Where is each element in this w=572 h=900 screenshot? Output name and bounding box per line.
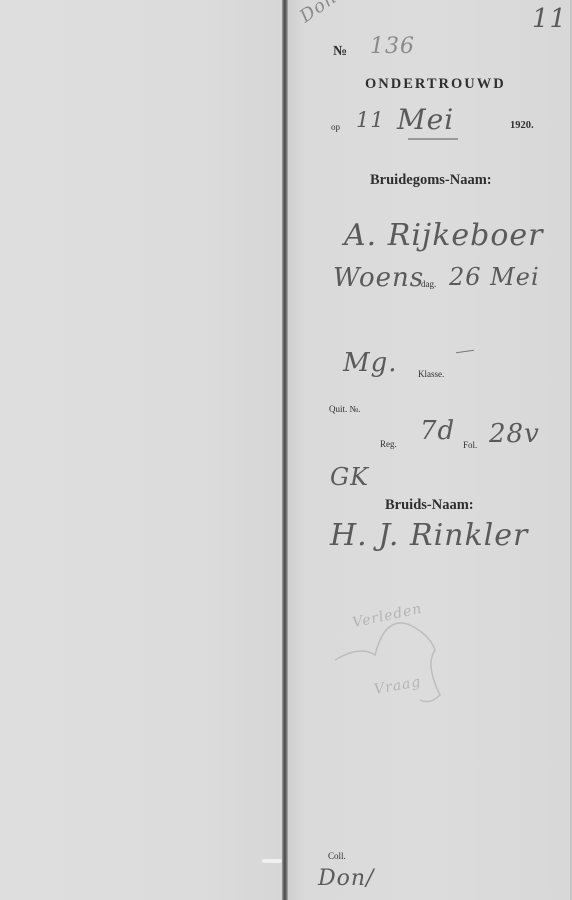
marriage-date: 26 Mei	[449, 263, 540, 291]
title-divider	[408, 138, 458, 140]
date-op-label: op	[331, 122, 340, 132]
register-label: Reg.	[380, 439, 397, 449]
clerk-initials: GK	[330, 463, 369, 491]
folio-value: 28v	[489, 419, 540, 449]
date-year: 1920.	[510, 120, 534, 131]
number-label: №	[333, 44, 347, 60]
quit-number-label: Quit. №.	[329, 404, 360, 414]
paper-scrap	[262, 859, 282, 863]
document-title: ONDERTROUWD	[365, 76, 506, 93]
date-day: 11	[356, 108, 385, 132]
weekday-value: Woens	[333, 263, 424, 293]
coll-label: Coll.	[328, 851, 346, 861]
register-value: 7d	[420, 416, 455, 446]
klasse-value: Mg.	[343, 348, 398, 378]
bride-name-heading: Bruids-Naam:	[385, 497, 474, 514]
bride-name: H. J. Rinkler	[330, 518, 528, 553]
folio-label: Fol.	[463, 440, 477, 450]
page-number: 11	[532, 4, 567, 34]
klasse-label: Klasse.	[418, 369, 444, 379]
groom-name: A. Rijkeboer	[344, 218, 544, 253]
left-page-blank	[0, 0, 284, 900]
coll-signature: Don/	[318, 866, 374, 891]
groom-name-heading: Bruidegoms-Naam:	[370, 172, 492, 189]
record-number: 136	[370, 34, 415, 59]
weekday-label: dag.	[421, 279, 436, 289]
date-month: Mei	[397, 103, 454, 136]
